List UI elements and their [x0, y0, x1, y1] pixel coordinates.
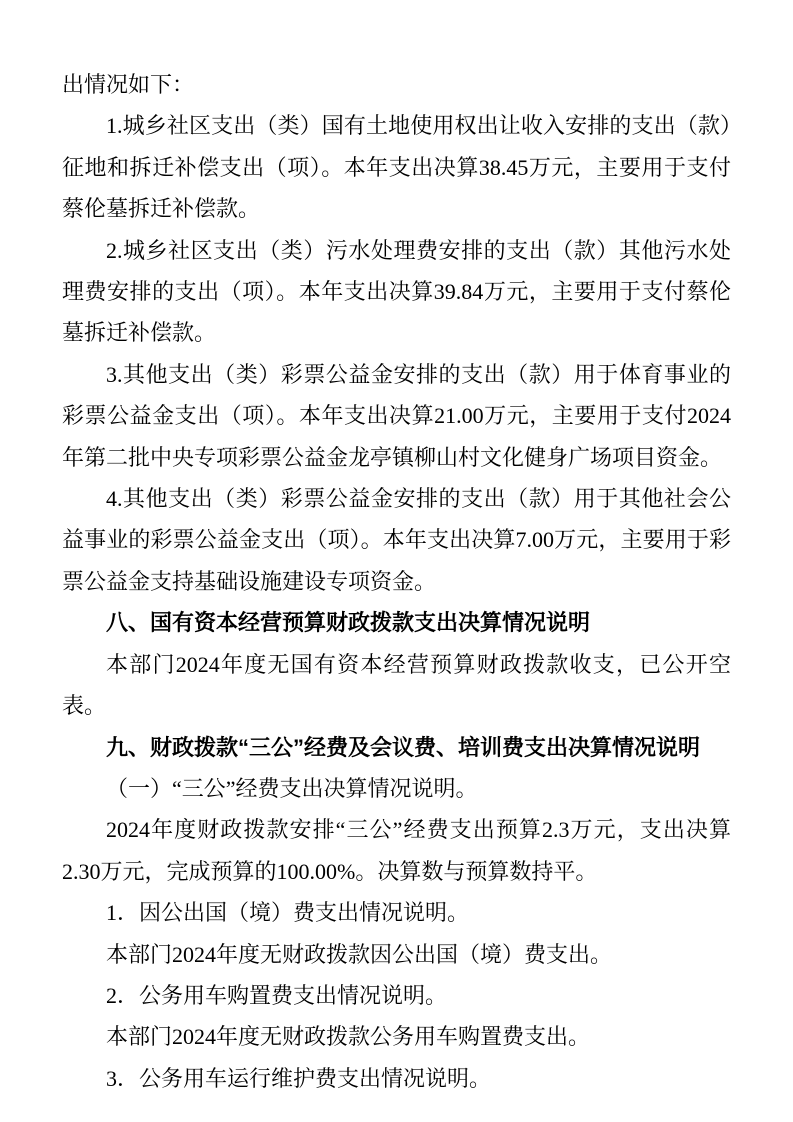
paragraph: 出情况如下：: [62, 64, 731, 105]
document-page: 出情况如下：1.城乡社区支出（类）国有土地使用权出让收入安排的支出（款）征地和拆…: [0, 0, 793, 1122]
paragraph: 本部门2024年度无财政拨款因公出国（境）费支出。: [62, 934, 731, 975]
section-heading: 九、财政拨款“三公”经费及会议费、培训费支出决算情况说明: [62, 727, 731, 768]
paragraph: 4.其他支出（类）彩票公益金安排的支出（款）用于其他社会公益事业的彩票公益金支出…: [62, 478, 731, 602]
document-body: 出情况如下：1.城乡社区支出（类）国有土地使用权出让收入安排的支出（款）征地和拆…: [62, 64, 731, 1099]
paragraph: 本部门2024年度无财政拨款公务用车购置费支出。: [62, 1016, 731, 1057]
paragraph: 2024年度财政拨款安排“三公”经费支出预算2.3万元，支出决算2.30万元，完…: [62, 809, 731, 892]
paragraph: 3.其他支出（类）彩票公益金安排的支出（款）用于体育事业的彩票公益金支出（项）。…: [62, 354, 731, 478]
paragraph: 2.城乡社区支出（类）污水处理费安排的支出（款）其他污水处理费安排的支出（项）。…: [62, 230, 731, 354]
paragraph: 本部门2024年度无国有资本经营预算财政拨款收支，已公开空表。: [62, 644, 731, 727]
paragraph: 3．公务用车运行维护费支出情况说明。: [62, 1058, 731, 1099]
paragraph: （一）“三公”经费支出决算情况说明。: [62, 768, 731, 809]
section-heading: 八、国有资本经营预算财政拨款支出决算情况说明: [62, 602, 731, 643]
paragraph: 2．公务用车购置费支出情况说明。: [62, 975, 731, 1016]
paragraph: 1.城乡社区支出（类）国有土地使用权出让收入安排的支出（款）征地和拆迁补偿支出（…: [62, 105, 731, 229]
paragraph: 1．因公出国（境）费支出情况说明。: [62, 892, 731, 933]
